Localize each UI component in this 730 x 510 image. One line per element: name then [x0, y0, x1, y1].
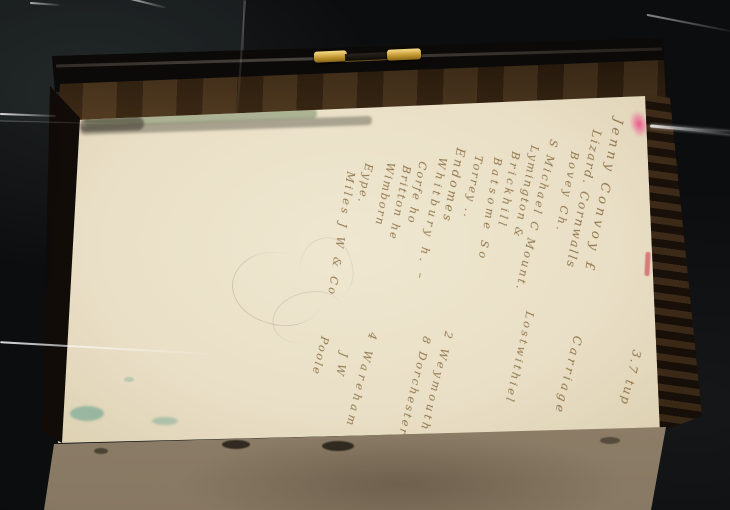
- photograph-of-sketchbook: Jenny Convoy £ 3.7 tup Lizard. Cornwalls…: [0, 0, 730, 510]
- photo-vignette: [0, 0, 730, 510]
